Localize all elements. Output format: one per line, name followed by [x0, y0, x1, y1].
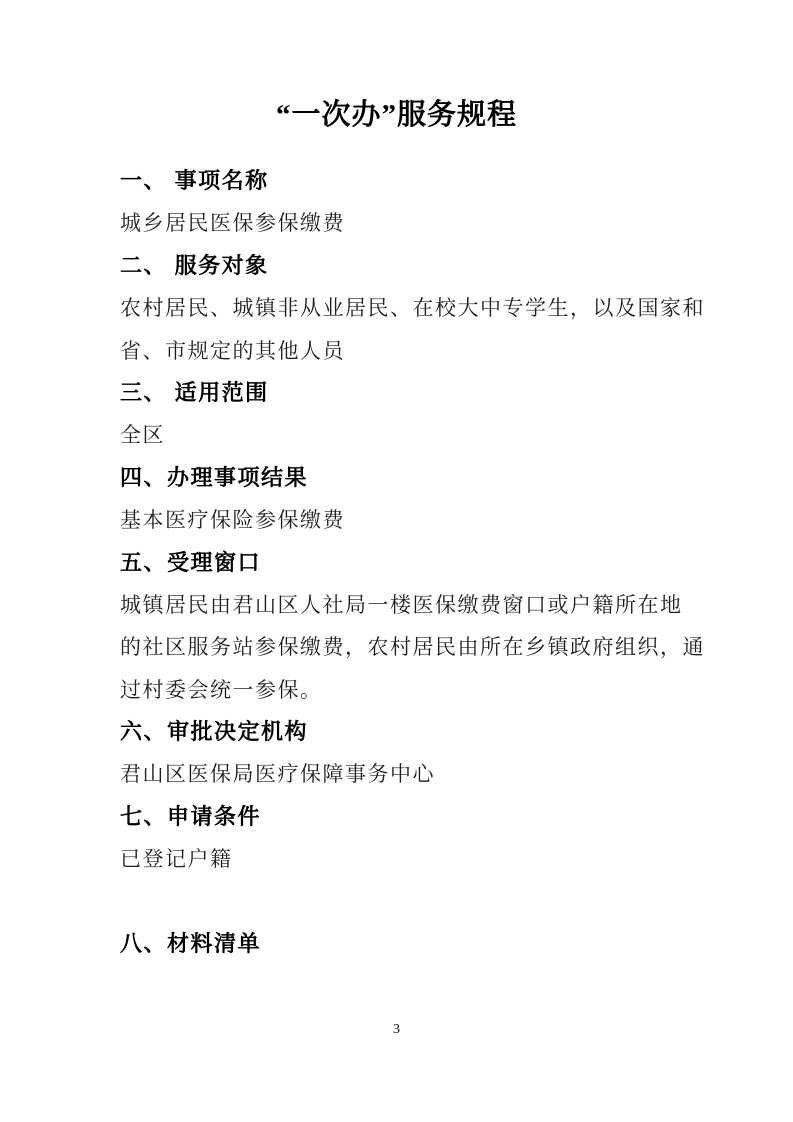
section-body-line: 省、市规定的其他人员 [120, 330, 720, 372]
section-heading-1: 一、 事项名称 [120, 160, 720, 202]
section-body-line: 的社区服务站参保缴费，农村居民由所在乡镇政府组织，通 [120, 626, 720, 668]
page-title: “一次办”服务规程 [0, 92, 793, 133]
section-body-line: 全区 [120, 414, 720, 456]
section-heading-4: 四、办理事项结果 [120, 457, 720, 499]
section-body-line: 城镇居民由君山区人社局一楼医保缴费窗口或户籍所在地 [120, 584, 720, 626]
section-heading-6: 六、审批决定机构 [120, 711, 720, 753]
section-body-line: 过村委会统一参保。 [120, 669, 720, 711]
section-heading-2: 二、 服务对象 [120, 245, 720, 287]
section-body-line: 君山区医保局医疗保障事务中心 [120, 753, 720, 795]
section-heading-7: 七、申请条件 [120, 796, 720, 838]
section-body-line: 城乡居民医保参保缴费 [120, 202, 720, 244]
section-body-line: 农村居民、城镇非从业居民、在校大中专学生，以及国家和 [120, 287, 720, 329]
section-body-line: 已登记户籍 [120, 838, 720, 880]
section-heading-3: 三、 适用范围 [120, 372, 720, 414]
page-number: 3 [0, 1018, 793, 1042]
blank-line [120, 881, 720, 923]
section-heading-5: 五、受理窗口 [120, 542, 720, 584]
section-heading-8: 八、材料清单 [120, 923, 720, 965]
document-sections: 一、 事项名称城乡居民医保参保缴费二、 服务对象农村居民、城镇非从业居民、在校大… [120, 160, 720, 965]
section-body-line: 基本医疗保险参保缴费 [120, 499, 720, 541]
document-page: “一次办”服务规程 一、 事项名称城乡居民医保参保缴费二、 服务对象农村居民、城… [0, 0, 793, 1122]
